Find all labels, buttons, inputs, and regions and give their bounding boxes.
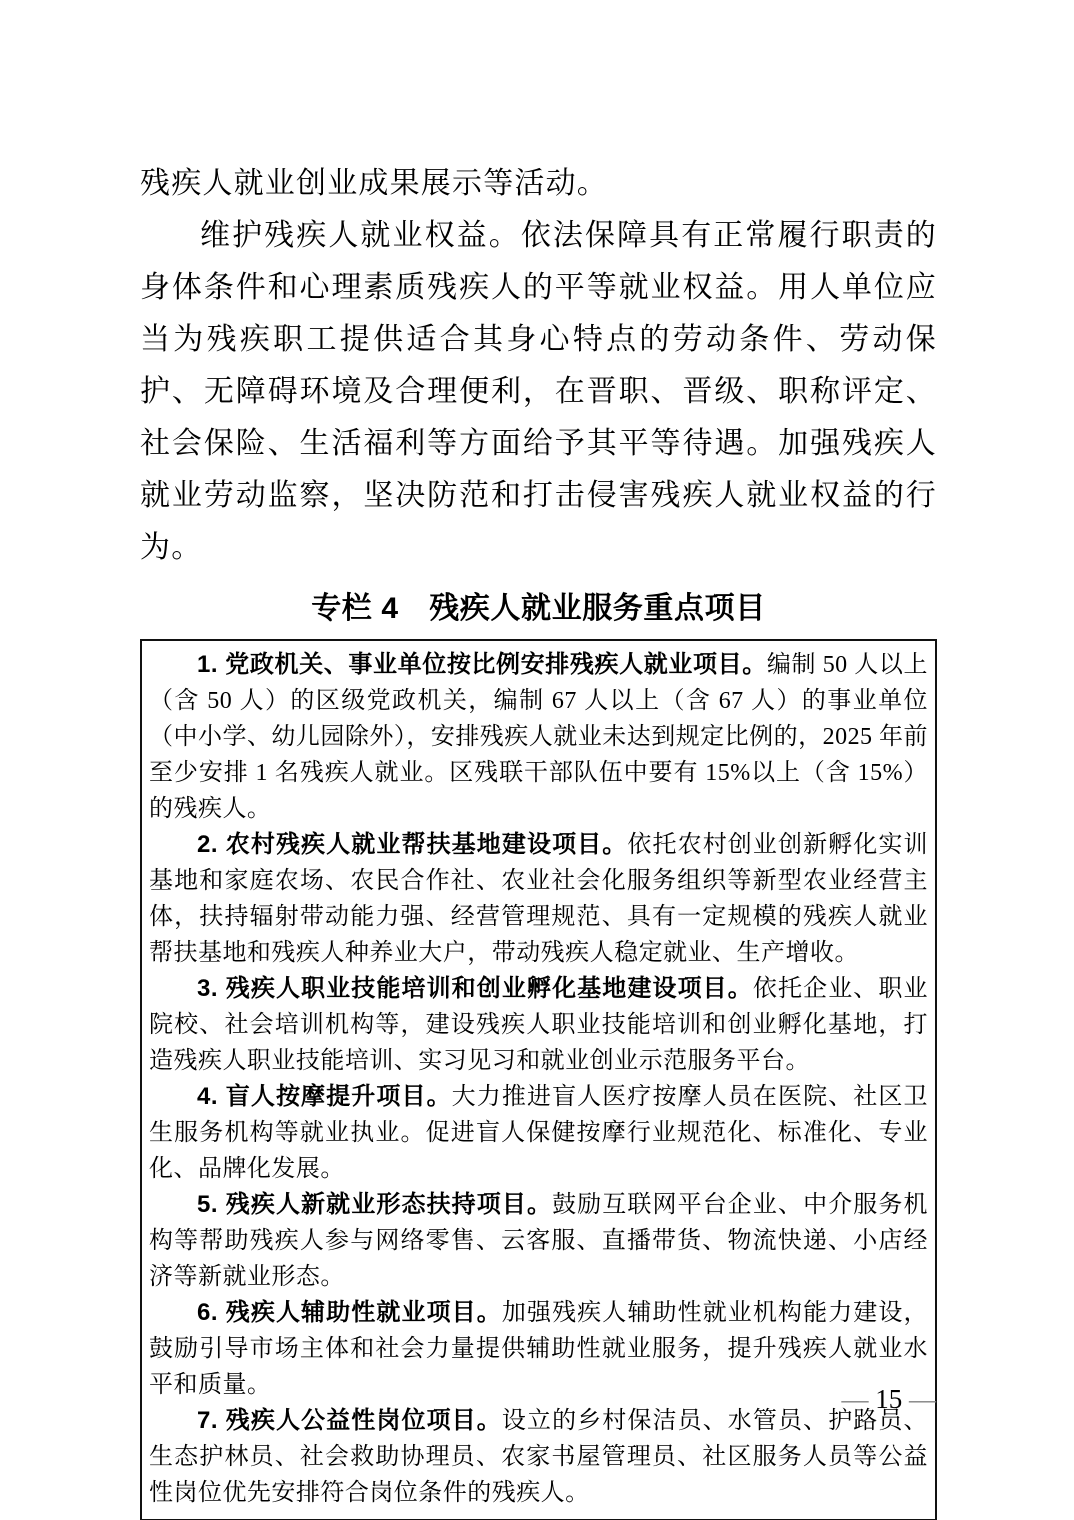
panel-item: 3. 残疾人职业技能培训和创业孵化基地建设项目。依托企业、职业院校、社会培训机构… [149, 971, 928, 1079]
panel-item: 1. 党政机关、事业单位按比例安排残疾人就业项目。编制 50 人以上（含 50 … [149, 647, 928, 827]
paragraph-continuation: 残疾人就业创业成果展示等活动。 [140, 158, 937, 210]
body-text: 残疾人就业创业成果展示等活动。 维护残疾人就业权益。依法保障具有正常履行职责的身… [140, 158, 937, 574]
panel-item-lead: 1. 党政机关、事业单位按比例安排残疾人就业项目。 [197, 651, 767, 678]
panel-item-lead: 3. 残疾人职业技能培训和创业孵化基地建设项目。 [197, 975, 753, 1002]
panel-item-lead: 6. 残疾人辅助性就业项目。 [197, 1299, 502, 1326]
paragraph-employment-rights: 维护残疾人就业权益。依法保障具有正常履行职责的身体条件和心理素质残疾人的平等就业… [140, 210, 937, 574]
panel-box: 1. 党政机关、事业单位按比例安排残疾人就业项目。编制 50 人以上（含 50 … [140, 639, 937, 1520]
panel-item: 2. 农村残疾人就业帮扶基地建设项目。依托农村创业创新孵化实训基地和家庭农场、农… [149, 827, 928, 971]
panel-title: 专栏 4 残疾人就业服务重点项目 [140, 590, 937, 628]
panel-item-lead: 4. 盲人按摩提升项目。 [197, 1083, 452, 1110]
page-number-left-dash: — [842, 1384, 876, 1414]
page-number-right-dash: — [902, 1384, 936, 1414]
panel-item-lead: 5. 残疾人新就业形态扶持项目。 [197, 1191, 552, 1218]
panel-item-lead: 2. 农村残疾人就业帮扶基地建设项目。 [197, 831, 627, 858]
panel-item-lead: 7. 残疾人公益性岗位项目。 [197, 1407, 502, 1434]
panel-item: 7. 残疾人公益性岗位项目。设立的乡村保洁员、水管员、护路员、生态护林员、社会救… [149, 1403, 928, 1511]
panel-item: 5. 残疾人新就业形态扶持项目。鼓励互联网平台企业、中介服务机构等帮助残疾人参与… [149, 1187, 928, 1295]
panel-item: 4. 盲人按摩提升项目。大力推进盲人医疗按摩人员在医院、社区卫生服务机构等就业执… [149, 1079, 928, 1187]
page-number-value: 15 [875, 1384, 902, 1414]
page-number: — 15 — [842, 1384, 937, 1414]
page-content: 残疾人就业创业成果展示等活动。 维护残疾人就业权益。依法保障具有正常履行职责的身… [140, 158, 937, 1520]
panel-item: 6. 残疾人辅助性就业项目。加强残疾人辅助性就业机构能力建设，鼓励引导市场主体和… [149, 1295, 928, 1403]
document-page: 残疾人就业创业成果展示等活动。 维护残疾人就业权益。依法保障具有正常履行职责的身… [0, 0, 1074, 1520]
